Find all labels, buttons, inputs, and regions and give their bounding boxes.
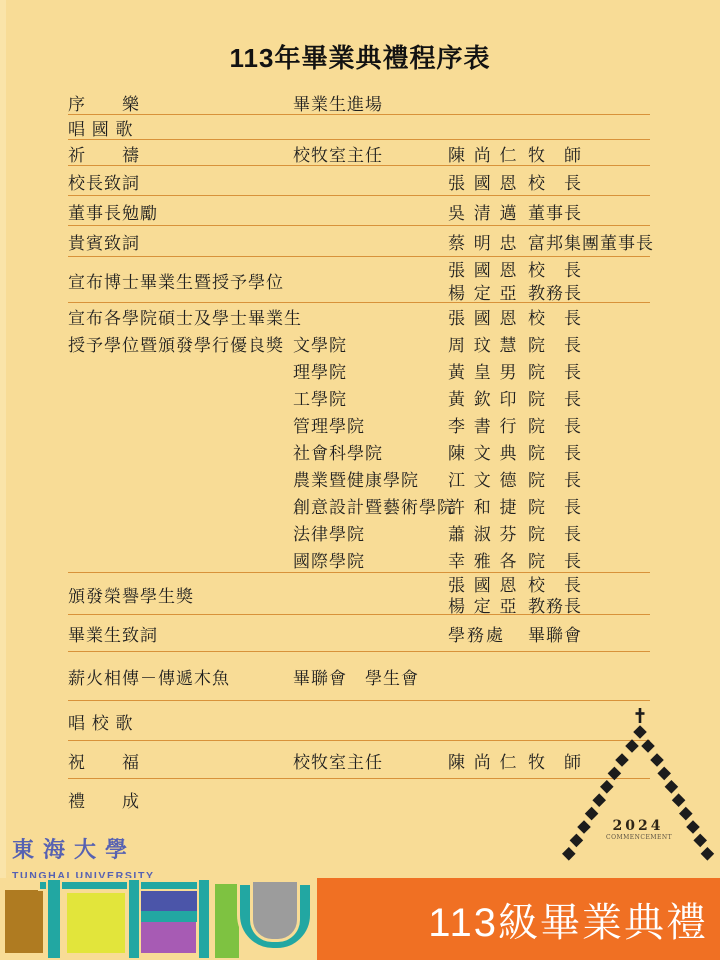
mortarboard-diamond (592, 793, 606, 807)
program-item-label: 畢業生致詞 (68, 615, 158, 652)
program-person-name: 張 國 恩 (448, 257, 518, 280)
program-item-label: 祝 福 (68, 741, 140, 779)
program-person-name: 陳 尚 仁 (448, 140, 518, 166)
program-line: 畢業生進場 (68, 90, 650, 115)
program-person-name: 陳 尚 仁 (448, 741, 518, 779)
program-person-title: 院 長 (528, 384, 582, 411)
program-person-name: 吳 清 邁 (448, 196, 518, 226)
cross-icon (636, 708, 645, 723)
program-person-title: 院 長 (528, 357, 582, 384)
program-person-name: 蕭 淑 芬 (448, 519, 518, 546)
program-item-label: 宣布博士畢業生暨授予學位 (68, 257, 284, 303)
program-performer: 創意設計暨藝術學院 (293, 492, 455, 519)
program-person-name: 陳 文 典 (448, 438, 518, 465)
program-item-label: 唱 校 歌 (68, 701, 133, 741)
program-person-title: 院 長 (528, 492, 582, 519)
program-person-name: 周 玟 慧 (448, 330, 518, 357)
mosaic-yellow-block (67, 893, 125, 953)
mortarboard-diamond (650, 753, 664, 767)
program-performer: 畢業生進場 (293, 90, 383, 115)
program-person-title: 校 長 (528, 303, 582, 330)
program-item-label: 薪火相傳－傳遞木魚 (68, 652, 230, 701)
thu-letter-h-left-stem (127, 880, 141, 958)
commencement-year: 2024 (610, 818, 666, 834)
program-person-name: 許 和 捷 (448, 492, 518, 519)
commencement-caption: COMMENCEMENT (606, 834, 670, 841)
program-person-title: 教務長 (528, 280, 582, 303)
program-person-title: 院 長 (528, 519, 582, 546)
tunghai-university-logo: 東海大學 TUNGHAI UNIVERSITY (12, 833, 155, 882)
program-row: 唱 國 歌 (68, 115, 650, 140)
program-item-label: 校長致詞 (68, 166, 140, 196)
page-title: 113年畢業典禮程序表 (0, 38, 720, 75)
thu-letter-t-bar (38, 880, 213, 891)
program-person-title: 院 長 (528, 546, 582, 573)
program-row: 張 國 恩校 長楊 定 亞教務長頒發榮譽學生獎 (68, 573, 650, 615)
program-person-title: 教務長 (528, 594, 582, 615)
program-person-name: 張 國 恩 (448, 303, 518, 330)
program-item-label: 董事長勉勵 (68, 196, 158, 226)
program-person-title: 院 長 (528, 330, 582, 357)
program-person-name: 張 國 恩 (448, 573, 518, 594)
program-person-title: 院 長 (528, 465, 582, 492)
program-row: 張 國 恩校 長楊 定 亞教務長宣布博士畢業生暨授予學位 (68, 257, 650, 303)
mortarboard-diamond (625, 739, 639, 753)
mortarboard-diamond (577, 820, 591, 834)
program-person-name: 楊 定 亞 (448, 280, 518, 303)
thu-letter-u-counter (250, 882, 300, 942)
mortarboard-diamond (585, 807, 599, 821)
mortarboard-diamond (686, 820, 700, 834)
program-person-title: 校 長 (528, 257, 582, 280)
mortarboard-diamond (633, 725, 647, 739)
mortarboard-diamond (657, 767, 671, 781)
banner-title: 113級畢業典禮 (428, 878, 708, 960)
mortarboard-diamond (693, 834, 707, 848)
program-item-label: 貴賓致詞 (68, 226, 140, 257)
program-line: 校牧室主任陳 尚 仁牧 師 (68, 140, 650, 166)
program-person-name: 黃 欽 印 (448, 384, 518, 411)
program-performer: 社會科學院 (293, 438, 383, 465)
program-performer: 法律學院 (293, 519, 365, 546)
program-performer: 畢聯會 學生會 (293, 652, 419, 701)
mosaic-green-block (215, 884, 239, 958)
program-person-title: 牧 師 (528, 140, 582, 166)
mosaic-blue-block (141, 891, 197, 911)
program-item-label: 頒發榮譽學生獎 (68, 573, 194, 615)
mortarboard-diamond (608, 767, 622, 781)
mosaic-brown-block (5, 890, 43, 953)
thu-letter-h-bar (139, 911, 199, 922)
program-performer: 國際學院 (293, 546, 365, 573)
program-row: 學務處畢聯會畢業生致詞 (68, 615, 650, 652)
program-person-name: 幸 雅 各 (448, 546, 518, 573)
graduate-figure-graphic (540, 700, 720, 872)
program-row: 張 國 恩校 長文學院周 玟 慧院 長理學院黃 皇 男院 長工學院黃 欽 印院 … (68, 303, 650, 573)
program-item-label: 宣布各學院碩士及學士畢業生授予學位暨頒發學行優良獎 (68, 303, 302, 573)
mortarboard-diamond (615, 753, 629, 767)
program-person-title: 校 長 (528, 573, 582, 594)
program-row: 畢聯會 學生會薪火相傳－傳遞木魚 (68, 652, 650, 701)
program-performer: 農業暨健康學院 (293, 465, 419, 492)
mortarboard-diamond (570, 834, 584, 848)
ceremony-program-page: 113年畢業典禮程序表 畢業生進場序 樂唱 國 歌校牧室主任陳 尚 仁牧 師祈 … (0, 0, 720, 960)
program-row: 張 國 恩校 長校長致詞 (68, 166, 650, 196)
program-performer: 管理學院 (293, 411, 365, 438)
mortarboard-diamond (600, 780, 614, 794)
program-person-name: 張 國 恩 (448, 166, 518, 196)
thu-letter-t-stem (46, 880, 62, 958)
mortarboard-diamond (641, 739, 655, 753)
program-performer: 校牧室主任 (293, 140, 383, 166)
program-person-title: 校 長 (528, 166, 582, 196)
program-line: 蔡 明 忠富邦集團董事長 (68, 226, 650, 257)
program-item-label: 唱 國 歌 (68, 115, 133, 140)
program-item-label: 祈 禱 (68, 140, 140, 166)
program-item-label: 序 樂 (68, 90, 140, 115)
program-person-name: 學務處 (448, 615, 505, 652)
mortarboard-diamond (562, 847, 576, 861)
program-row: 畢業生進場序 樂 (68, 90, 650, 115)
program-row: 蔡 明 忠富邦集團董事長貴賓致詞 (68, 226, 650, 257)
mortarboard-diamond (665, 780, 679, 794)
program-row: 吳 清 邁董事長董事長勉勵 (68, 196, 650, 226)
program-line (68, 115, 650, 140)
program-item-label: 禮 成 (68, 779, 140, 819)
thu-letter-h-right-stem (197, 880, 211, 958)
program-person-title: 院 長 (528, 411, 582, 438)
program-person-name: 楊 定 亞 (448, 594, 518, 615)
footer-banner: 113級畢業典禮 (0, 878, 720, 960)
program-person-name: 黃 皇 男 (448, 357, 518, 384)
program-person-name: 李 書 行 (448, 411, 518, 438)
program-person-title: 畢聯會 (528, 615, 582, 652)
program-person-title: 董事長 (528, 196, 582, 226)
program-performer: 校牧室主任 (293, 741, 383, 779)
page-edge-stripe (0, 0, 6, 878)
program-person-title: 院 長 (528, 438, 582, 465)
program-line: 張 國 恩校 長 (68, 166, 650, 196)
program-row: 校牧室主任陳 尚 仁牧 師祈 禱 (68, 140, 650, 166)
mortarboard-diamond (701, 847, 715, 861)
program-person-name: 江 文 德 (448, 465, 518, 492)
program-person-title: 富邦集團董事長 (528, 226, 654, 257)
program-person-name: 蔡 明 忠 (448, 226, 518, 257)
mortarboard-diamond (679, 807, 693, 821)
university-name-chinese: 東海大學 (12, 833, 155, 864)
mortarboard-diamond (672, 793, 686, 807)
mosaic-purple-block (141, 922, 196, 953)
thu-logo-mosaic (0, 878, 317, 960)
